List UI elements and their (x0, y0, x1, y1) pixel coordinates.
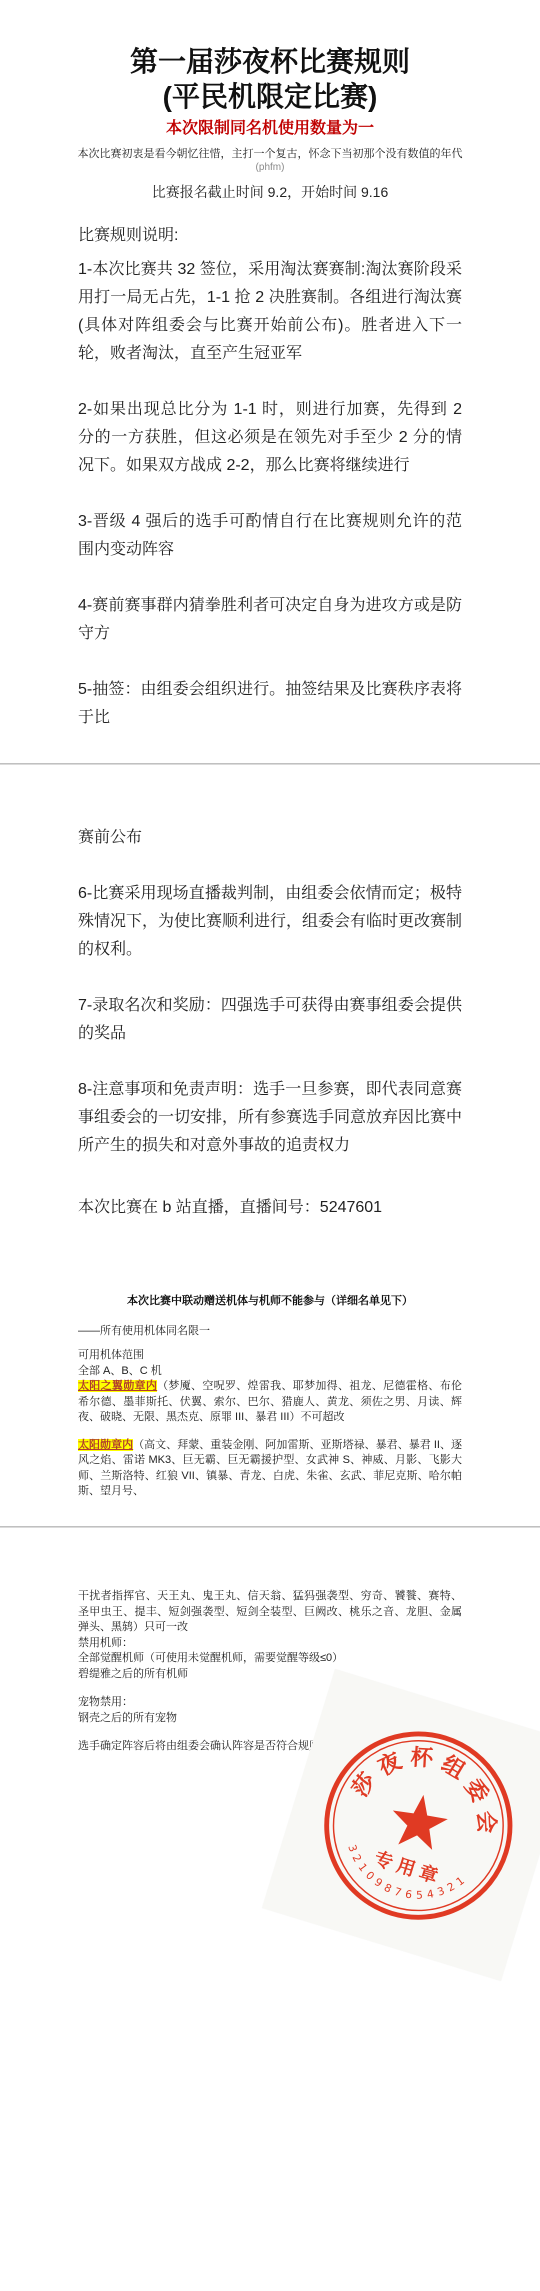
same-name-rule: ——所有使用机体同名限一 (78, 1323, 462, 1339)
sun-wing-medal-label: 太阳之翼勋章内 (78, 1380, 157, 1392)
stamp-star-icon (387, 1790, 450, 1851)
linkage-restriction-notice: 本次比赛中联动赠送机体与机师不能参与（详细名单见下） (60, 1293, 480, 1309)
rule-6: 6-比赛采用现场直播裁判制，由组委会依情而定；极特殊情况下，为使比赛顺利进行，组… (78, 880, 462, 964)
sun-medal-paragraph: 太阳勋章内（高文、拜蒙、重装金刚、阿加雷斯、亚斯塔禄、暴君、暴君 II、逐风之焰… (78, 1438, 462, 1500)
rule-3: 3-晋级 4 强后的选手可酌情自行在比赛规则允许的范围内变动阵容 (78, 508, 462, 564)
red-limit-notice: 本次限制同名机使用数量为一 (0, 118, 540, 140)
svg-text:会: 会 (473, 1810, 500, 1834)
stamp-seal-label: 专用章 (371, 1847, 445, 1889)
svg-text:4: 4 (426, 1887, 435, 1901)
roster-scope: 全部 A、B、C 机 (78, 1364, 462, 1380)
rule-7: 7-录取名次和奖励：四强选手可获得由赛事组委会提供的奖品 (78, 992, 462, 1048)
svg-text:委: 委 (460, 1774, 493, 1807)
svg-text:1: 1 (453, 1873, 466, 1887)
svg-text:7: 7 (392, 1884, 402, 1898)
sun-wing-medal-paragraph: 太阳之翼勋章内（梦魇、空呪罗、煌雷我、耶梦加得、祖龙、尼德霍格、布伦希尔德、墨菲… (78, 1379, 462, 1426)
svg-text:9: 9 (372, 1875, 385, 1890)
svg-text:3: 3 (345, 1842, 360, 1853)
sun-medal-list: （高文、拜蒙、重装金刚、阿加雷斯、亚斯塔禄、暴君、暴君 II、逐风之焰、雷诺 M… (78, 1439, 462, 1498)
rule-5-continuation: 赛前公布 (78, 765, 462, 852)
page-2: 赛前公布 6-比赛采用现场直播裁判制，由组委会依情而定；极特殊情况下，为使比赛顺… (0, 765, 540, 1526)
svg-text:夜: 夜 (373, 1746, 405, 1779)
svg-text:组: 组 (437, 1750, 470, 1783)
svg-text:杯: 杯 (410, 1744, 434, 1770)
roster-heading: 可用机体范围 (78, 1348, 462, 1364)
sun-medal-label: 太阳勋章内 (78, 1439, 133, 1451)
banned-pilots-rule-1: 全部觉醒机师（可使用未觉醒机师，需要觉醒等级≤0） (78, 1651, 462, 1667)
banned-pilots-heading: 禁用机师： (78, 1636, 462, 1652)
svg-text:2: 2 (445, 1879, 457, 1894)
tournament-rules-document: { "page1": { "title_line1": "第一届莎夜杯比赛规则"… (0, 0, 540, 2291)
rule-8: 8-注意事项和免责声明：选手一旦参赛，即代表同意赛事组委会的一切安排，所有参赛选… (78, 1076, 462, 1160)
page-1: 第一届莎夜杯比赛规则 (平民机限定比赛) 本次限制同名机使用数量为一 本次比赛初… (0, 0, 540, 763)
rules-heading: 比赛规则说明: (78, 222, 462, 250)
page-subtitle: (平民机限定比赛) (0, 79, 540, 114)
committee-stamp-icon: 莎 夜 杯 组 委 会 专用章 1 2 3 4 5 6 7 8 9 0 1 2 (296, 1703, 539, 1946)
intro-text: 本次比赛初衷是看今朝忆往惜，主打一个复古，怀念下当初那个没有数值的年代 (40, 146, 500, 162)
banned-pilots-rule-2: 碧缇雅之后的所有机师 (78, 1667, 462, 1683)
svg-text:2: 2 (349, 1852, 364, 1864)
svg-text:8: 8 (382, 1880, 394, 1895)
stream-info: 本次比赛在 b 站直播，直播间号：5247601 (78, 1194, 462, 1222)
intro-note: (phfm) (0, 162, 540, 174)
page-title: 第一届莎夜杯比赛规则 (0, 0, 540, 79)
rule-5: 5-抽签：由组委会组织进行。抽签结果及比赛秩序表将于比 (78, 676, 462, 732)
rule-4: 4-赛前赛事群内猜拳胜利者可决定自身为进攻方或是防守方 (78, 592, 462, 648)
rule-2: 2-如果出现总比分为 1-1 时，则进行加赛，先得到 2 分的一方获胜，但这必须… (78, 396, 462, 480)
svg-text:5: 5 (416, 1888, 423, 1901)
schedule-line: 比赛报名截止时间 9.2，开始时间 9.16 (0, 182, 540, 202)
svg-text:6: 6 (404, 1887, 413, 1901)
rule-1: 1-本次比赛共 32 签位，采用淘汰赛赛制:淘汰赛阶段采用打一局无占先，1-1 … (78, 256, 462, 368)
page-3: 干扰者指挥官、天王丸、鬼王丸、信天翁、猛犸强袭型、穷奇、饕餮、赛特、圣甲虫王、提… (0, 1528, 540, 2291)
svg-text:3: 3 (435, 1884, 446, 1899)
sun-medal-list-continuation: 干扰者指挥官、天王丸、鬼王丸、信天翁、猛犸强袭型、穷奇、饕餮、赛特、圣甲虫王、提… (78, 1528, 462, 1636)
